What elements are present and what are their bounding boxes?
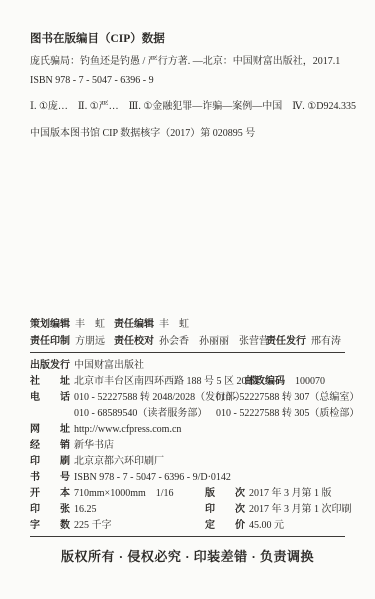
book-number-row: 书 号 ISBN 978 - 7 - 5047 - 6396 - 9/D·014… [30,470,345,486]
staff-block: 策划编辑 丰 虹 责任编辑 丰 虹 责任印制 方朋远 责任校对 孙会香 孙丽丽 … [30,316,345,350]
planning-editor-label: 策划编辑 [30,316,70,333]
website-url: http://www.cfpress.com.cn [74,422,181,438]
address-row: 社 址 北京市丰台区南四环西路 188 号 5 区 20 楼 邮政编码 1000… [30,374,345,390]
phone-reader-service: 010 - 68589540（读者服务部） [74,406,216,422]
cip-record-line: 中国版本图书馆 CIP 数据核字（2017）第 020895 号 [30,126,345,141]
cip-isbn-line: ISBN 978 - 7 - 5047 - 6396 - 9 [30,73,345,88]
divider-bottom [30,536,345,537]
responsible-editor-name: 丰 虹 [159,316,189,333]
sheets-value: 16.25 [74,502,205,518]
printer-row: 印 刷 北京京都六环印刷厂 [30,454,345,470]
address-label: 社 址 [30,374,74,390]
edition-value: 2017 年 3 月第 1 版 [249,486,332,502]
cip-block: 图书在版编目（CIP）数据 庞氏骗局：钓鱼还是钓愚 / 严行方著. —北京：中国… [30,32,345,141]
planning-editor-name: 丰 虹 [75,316,114,333]
phone-chief-editor-office: 010 - 52227588 转 307（总编室） [216,390,359,406]
staff-row-2: 责任印制 方朋远 责任校对 孙会香 孙丽丽 张营营 责任发行 邢有涛 [30,333,345,350]
publisher-name: 中国财富出版社 [74,358,144,374]
staff-row-1: 策划编辑 丰 虹 责任编辑 丰 虹 [30,316,345,333]
printer-label: 印 刷 [30,454,74,470]
website-row: 网 址 http://www.cfpress.com.cn [30,422,345,438]
phone-label-empty [30,406,74,422]
distribution-supervisor-name: 邢有涛 [311,333,341,350]
price-value: 45.00 元 [249,518,284,534]
proofreader-label: 责任校对 [114,333,154,350]
postcode-label: 邮政编码 [245,374,285,390]
print-supervisor-name: 方朋远 [75,333,114,350]
rights-notice: 版权所有 · 侵权必究 · 印装差错 · 负责调换 [30,548,345,565]
edition-label: 版 次 [205,486,249,502]
sheets-label: 印 张 [30,502,74,518]
publisher-row: 出版发行 中国财富出版社 [30,358,345,374]
distribution-supervisor-label: 责任发行 [266,333,306,350]
impression-value: 2017 年 3 月第 1 次印刷 [249,502,352,518]
proofreader-names: 孙会香 孙丽丽 张营营 [159,333,266,350]
publisher-label: 出版发行 [30,358,74,374]
cip-header: 图书在版编目（CIP）数据 [30,32,345,47]
copyright-page: 图书在版编目（CIP）数据 庞氏骗局：钓鱼还是钓愚 / 严行方著. —北京：中国… [0,0,375,599]
postcode-value: 100070 [295,374,325,390]
book-number-label: 书 号 [30,470,74,486]
format-edition-row: 开 本 710mm×1000mm 1/16 版 次 2017 年 3 月第 1 … [30,486,345,502]
responsible-editor-label: 责任编辑 [114,316,154,333]
phone-row-2: 010 - 68589540（读者服务部） 010 - 52227588 转 3… [30,406,345,422]
phone-quality-inspection: 010 - 52227588 转 305（质检部） [216,406,359,422]
print-supervisor-label: 责任印制 [30,333,70,350]
distributor-row: 经 销 新华书店 [30,438,345,454]
phone-label: 电 话 [30,390,74,406]
cip-classification-line: Ⅰ. ①庞… Ⅱ. ①严… Ⅲ. ①金融犯罪—诈骗—案例—中国 Ⅳ. ①D924… [30,99,345,114]
impression-label: 印 次 [205,502,249,518]
book-number-value: ISBN 978 - 7 - 5047 - 6396 - 9/D·0142 [74,470,231,486]
phone-distribution: 010 - 52227588 转 2048/2028（发行部） [74,390,216,406]
distributor-name: 新华书店 [74,438,114,454]
publisher-block: 出版发行 中国财富出版社 社 址 北京市丰台区南四环西路 188 号 5 区 2… [30,353,345,534]
wordcount-label: 字 数 [30,518,74,534]
price-label: 定 价 [205,518,249,534]
format-value: 710mm×1000mm 1/16 [74,486,205,502]
wordcount-value: 225 千字 [74,518,205,534]
wordcount-price-row: 字 数 225 千字 定 价 45.00 元 [30,518,345,534]
cip-title-line: 庞氏骗局：钓鱼还是钓愚 / 严行方著. —北京：中国财富出版社，2017.1 [30,54,345,69]
format-label: 开 本 [30,486,74,502]
distributor-label: 经 销 [30,438,74,454]
printer-name: 北京京都六环印刷厂 [74,454,164,470]
phone-row-1: 电 话 010 - 52227588 转 2048/2028（发行部） 010 … [30,390,345,406]
sheets-impression-row: 印 张 16.25 印 次 2017 年 3 月第 1 次印刷 [30,502,345,518]
address-value: 北京市丰台区南四环西路 188 号 5 区 20 楼 [74,374,245,390]
website-label: 网 址 [30,422,74,438]
